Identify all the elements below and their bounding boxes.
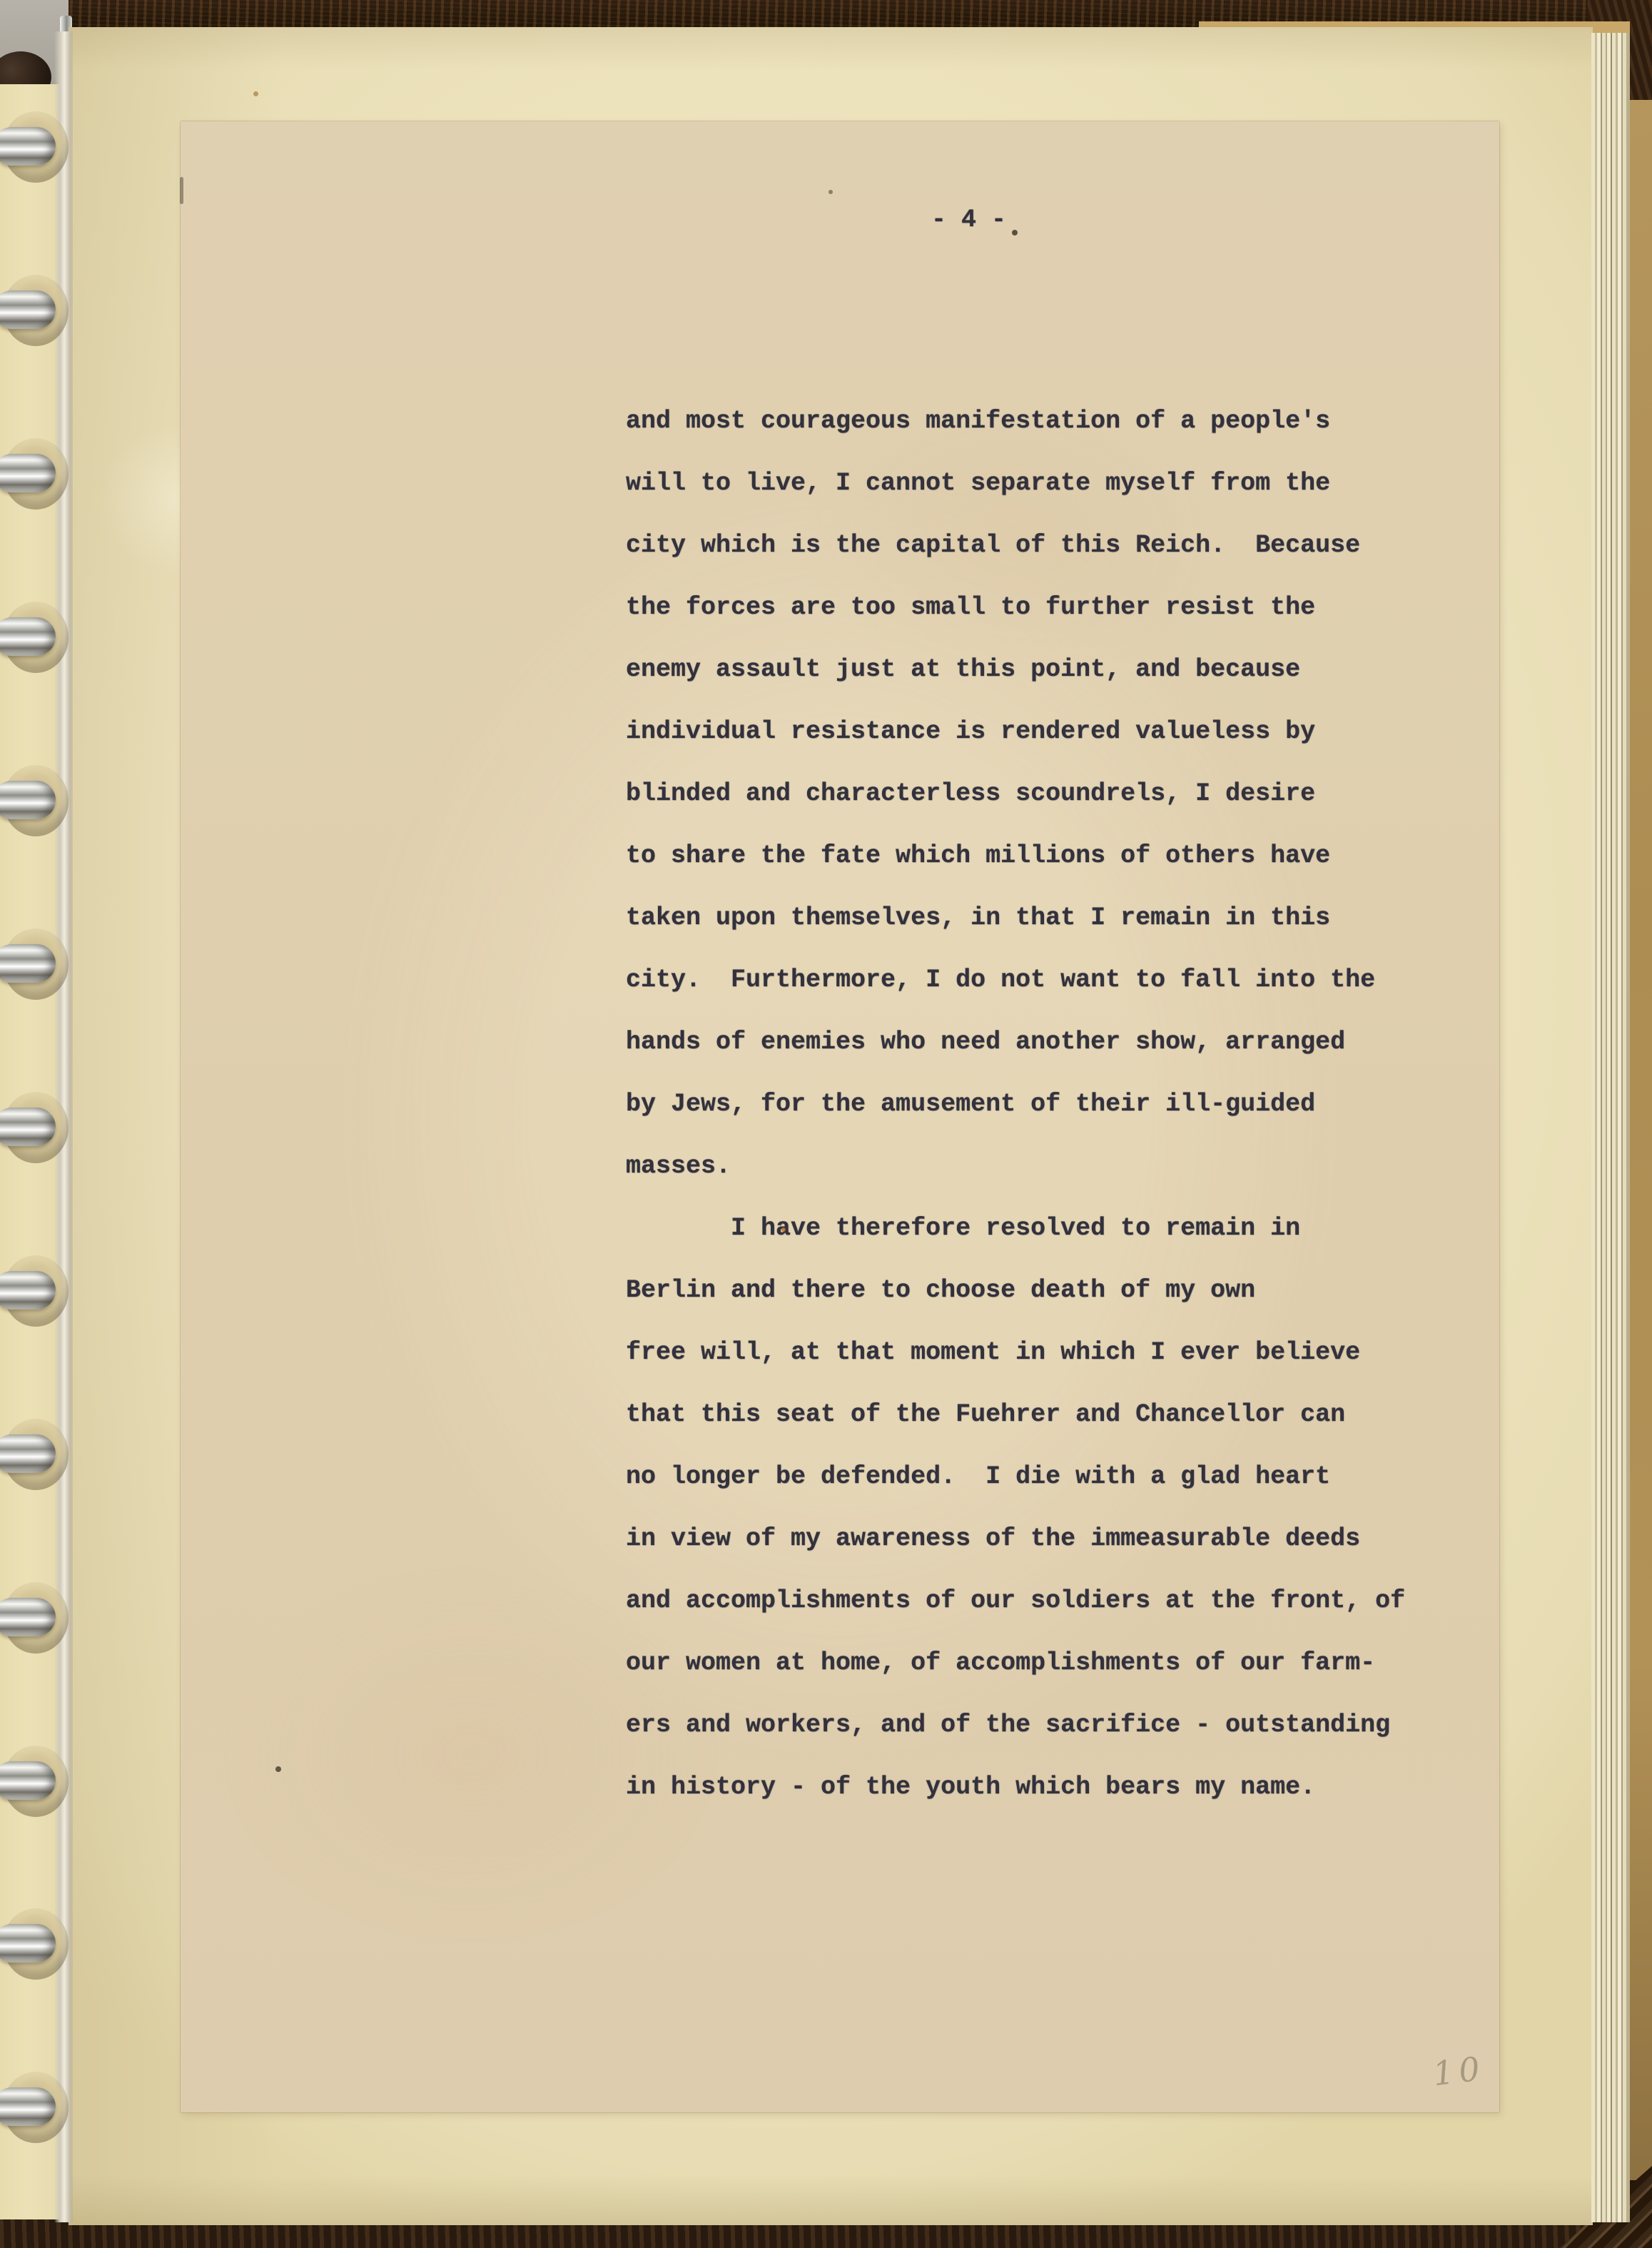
- document-line: that this seat of the Fuehrer and Chance…: [626, 1400, 1468, 1462]
- document-line: and most courageous manifestation of a p…: [626, 407, 1468, 469]
- sheet-edge-smudge: [180, 177, 183, 204]
- ring-metal-bar: [0, 1761, 56, 1800]
- ring-metal-bar: [0, 1598, 56, 1636]
- ring-metal-bar: [0, 1271, 56, 1310]
- binder-ring: [0, 1108, 78, 1149]
- document-line: and accomplishments of our soldiers at t…: [626, 1586, 1468, 1649]
- paper-speck: [1012, 230, 1018, 236]
- document-line: blinded and characterless scoundrels, I …: [626, 779, 1468, 841]
- typed-text-block: and most courageous manifestation of a p…: [626, 407, 1468, 1835]
- document-line: by Jews, for the amusement of their ill-…: [626, 1090, 1468, 1152]
- page-number: - 4 -: [931, 206, 1006, 234]
- ring-metal-bar: [0, 2087, 56, 2126]
- typed-document-sheet: - 4 - and most courageous manifestation …: [181, 121, 1499, 2112]
- binder-ring: [0, 127, 78, 168]
- ring-metal-bar: [0, 944, 56, 983]
- ring-metal-bar: [0, 1924, 56, 1963]
- document-line: city which is the capital of this Reich.…: [626, 531, 1468, 593]
- binder-ring: [0, 1761, 78, 1803]
- binder-ring: [0, 617, 78, 659]
- document-line: Berlin and there to choose death of my o…: [626, 1276, 1468, 1338]
- paper-speck: [781, 1227, 786, 1232]
- ring-metal-bar: [0, 781, 56, 819]
- binder-ring: [0, 1924, 78, 1965]
- document-line: free will, at that moment in which I eve…: [626, 1338, 1468, 1400]
- document-line: in view of my awareness of the immeasura…: [626, 1524, 1468, 1586]
- paper-speck: [253, 91, 258, 96]
- document-line: ers and workers, and of the sacrifice - …: [626, 1711, 1468, 1773]
- binder-ring: [0, 290, 78, 332]
- document-line: hands of enemies who need another show, …: [626, 1028, 1468, 1090]
- ring-metal-bar: [0, 290, 56, 329]
- page-stack-right-edges: [1591, 33, 1630, 2222]
- document-line: will to live, I cannot separate myself f…: [626, 469, 1468, 531]
- paper-speck: [828, 190, 833, 194]
- pencil-page-annotation: 10: [1431, 2049, 1487, 2093]
- ring-metal-bar: [0, 127, 56, 166]
- cover-board-right-edge: [1628, 100, 1652, 2180]
- ring-metal-bar: [0, 617, 56, 656]
- binder-ring: [0, 1271, 78, 1312]
- document-line: in history - of the youth which bears my…: [626, 1773, 1468, 1835]
- document-line: enemy assault just at this point, and be…: [626, 655, 1468, 717]
- document-line: the forces are too small to further resi…: [626, 593, 1468, 655]
- paper-speck: [275, 1766, 281, 1772]
- document-line: individual resistance is rendered valuel…: [626, 717, 1468, 779]
- document-line: our women at home, of accomplishments of…: [626, 1649, 1468, 1711]
- binder-ring: [0, 781, 78, 822]
- binder-ring: [0, 1598, 78, 1639]
- document-line: city. Furthermore, I do not want to fall…: [626, 966, 1468, 1028]
- binder-ring: [0, 2087, 78, 2129]
- ring-metal-bar: [0, 1434, 56, 1473]
- document-line: no longer be defended. I die with a glad…: [626, 1462, 1468, 1524]
- document-line: masses.: [626, 1152, 1468, 1214]
- binder-ring: [0, 454, 78, 495]
- ring-metal-bar: [0, 1108, 56, 1146]
- document-line: I have therefore resolved to remain in: [626, 1214, 1468, 1276]
- binder-ring: [0, 1434, 78, 1476]
- bound-album-photo: - 4 - and most courageous manifestation …: [0, 0, 1652, 2248]
- ring-metal-bar: [0, 454, 56, 492]
- binder-ring: [0, 944, 78, 986]
- document-line: to share the fate which millions of othe…: [626, 841, 1468, 903]
- document-line: taken upon themselves, in that I remain …: [626, 903, 1468, 966]
